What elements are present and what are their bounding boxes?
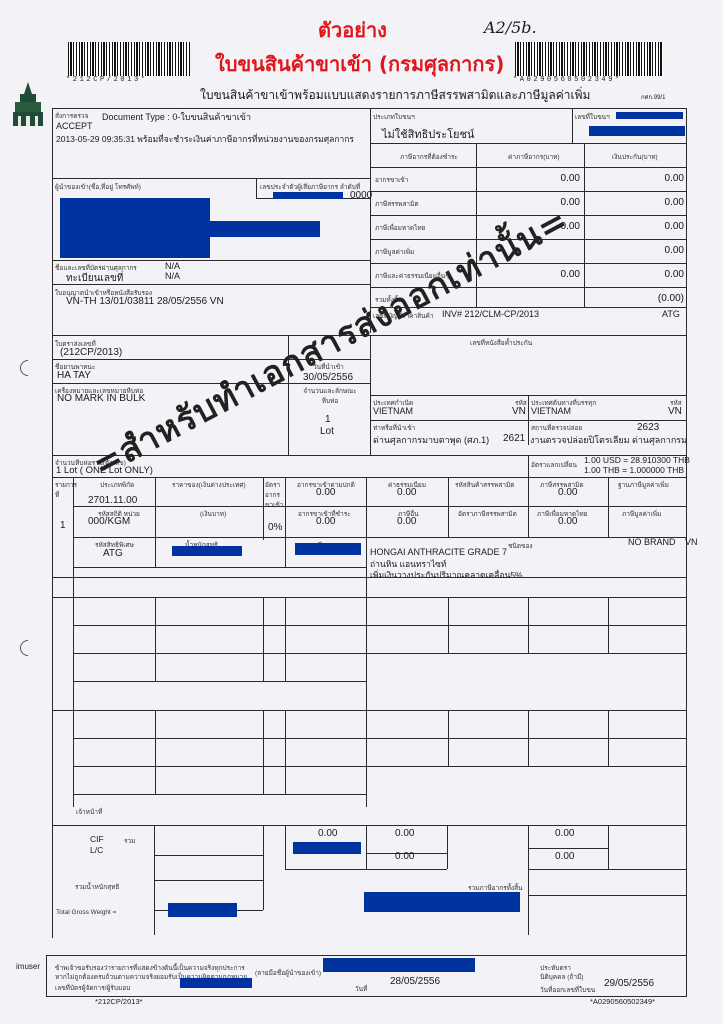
importer-label: ผู้นำของเข้า(ชื่อ,ที่อยู่ โทรศัพท์) (55, 182, 141, 192)
form-rule-line (52, 577, 686, 578)
brand-value: NO BRAND (628, 537, 676, 547)
tax-row-deposit: 0.00 (588, 197, 684, 208)
tax-row-deposit: 0.00 (588, 221, 684, 232)
form-rule-line (154, 855, 263, 856)
form-rule-line (370, 167, 686, 168)
form-rule-line (528, 848, 608, 849)
form-rule-line (73, 477, 74, 807)
officer-label: เจ้าหน้าที่ (76, 807, 102, 817)
registration-value: N/A (165, 271, 180, 281)
redacted-importer-name (60, 198, 210, 258)
form-rule-line (285, 710, 286, 794)
invoice-suffix: ATG (662, 309, 680, 319)
redacted-net-weight (172, 546, 242, 556)
form-rule-line (528, 895, 686, 896)
stat-value: 000/KGM (88, 516, 130, 527)
other-total: 0.00 (395, 851, 414, 862)
duty-total: 0.00 (318, 828, 337, 839)
form-rule-line (528, 597, 529, 653)
form-rule-line (686, 938, 687, 997)
excise-rate-label: อัตราภาษีสรรพสามิต (458, 509, 517, 519)
lc-label: L/C (90, 845, 103, 855)
red-title: ใบขนสินค้าขาเข้า (กรมศุลกากร) (215, 48, 504, 80)
date-value: 28/05/2556 (390, 976, 440, 987)
declaration-type-label: ประเภทใบขนฯ (373, 112, 415, 122)
form-rule-line (263, 825, 264, 910)
form-rule-line (285, 825, 286, 869)
form-rule-line (52, 284, 370, 285)
interior-value: 0.00 (558, 516, 577, 527)
tax-header: ภาษีอากรที่ต้องชำระ (400, 152, 458, 162)
form-rule-line (528, 395, 529, 445)
form-rule-line (285, 477, 286, 540)
signature-label: (ลายมือชื่อผู้นำของเข้า) (255, 968, 321, 978)
net-weight-total-label: รวมน้ำหนักสุทธิ (75, 882, 119, 892)
privilege-value: ATG (103, 548, 123, 559)
branch-suffix: 0000 (350, 190, 372, 201)
bottom-left-code: *212CP/2013* (95, 997, 143, 1006)
form-rule-line (155, 597, 156, 681)
redacted-declaration-number (616, 112, 683, 119)
description-line-1: HONGAI ANTHRACITE GRADE 7 (370, 547, 507, 557)
barcode-right-text: *A0290560502349* (513, 76, 622, 84)
marks-value: NO MARK IN BULK (57, 393, 145, 404)
tariff-value: 2701.11.00 (88, 495, 137, 506)
form-rule-line (73, 537, 686, 538)
form-rule-line (52, 477, 686, 478)
tax-header: ค่าภาษีอากร(บาท) (508, 152, 560, 162)
form-rule-line (370, 191, 686, 192)
tax-row-deposit: 0.00 (588, 269, 684, 280)
form-rule-line (528, 825, 529, 935)
form-rule-line (52, 597, 686, 598)
garuda-emblem-icon (10, 80, 46, 130)
redacted-tax-id (273, 192, 343, 199)
license-value: VN-TH 13/01/03811 28/05/2556 VN (66, 296, 224, 307)
redacted-importer-address (210, 221, 320, 237)
form-rule-line (572, 108, 573, 143)
cif-label: CIF (90, 834, 104, 844)
form-title: ใบขนสินค้าขาเข้าพร้อมแบบแสดงรายการภาษีสร… (200, 86, 590, 105)
tax-row-deposit: (0.00) (588, 293, 684, 304)
issue-date-value: 29/05/2556 (604, 978, 654, 989)
form-rule-line (584, 143, 585, 307)
port-value: ด่านศุลกากรมาบตาพุด (ศภ.1) (373, 433, 489, 447)
form-rule-line (263, 477, 264, 540)
form-code: กศก.99/1 (641, 92, 665, 102)
tax-row-label: ภาษีมูลค่าเพิ่ม (375, 247, 414, 257)
tax-row-label: ภาษีเพื่อมหาดไทย (375, 223, 425, 233)
status-timestamp: 2013-05-29 09:35:31 พร้อมที่จะชำระเงินค่… (56, 132, 354, 146)
item-no-label: รายการที่ (55, 480, 69, 500)
form-rule-line (608, 597, 609, 653)
redacted-signature (323, 958, 475, 972)
redacted-quantity (295, 543, 361, 555)
packages-unit: Lot (320, 426, 334, 437)
form-rule-line (366, 738, 686, 739)
form-rule-line (370, 143, 686, 144)
form-rule-line (73, 506, 686, 507)
duty-normal-value: 0.00 (316, 487, 335, 498)
form-rule-line (73, 681, 366, 682)
form-rule-line (73, 567, 366, 568)
form-rule-line (528, 455, 529, 477)
redacted-declaration-number (589, 126, 685, 136)
packages-qty: 1 (325, 414, 331, 425)
packages-label: จำนวนและลักษณะหีบห่อ (300, 386, 360, 406)
tax-row-label: อากรขาเข้า (375, 175, 408, 185)
form-rule-line (52, 108, 53, 938)
form-rule-line (155, 537, 156, 567)
port-label: ท่าหรือที่นำเข้า (373, 423, 415, 433)
price-baht-label: (เงินบาท) (200, 509, 226, 519)
form-rule-line (608, 710, 609, 766)
item-no-value: 1 (60, 520, 66, 531)
user-name: imuser (16, 962, 40, 971)
agent-id-label: เลขที่บัตรผู้จัดการ/ผู้รับมอบ (55, 983, 130, 993)
bill-value: (212CP/2013) (60, 347, 122, 358)
form-rule-line (528, 710, 529, 766)
broker-value: N/A (165, 261, 180, 271)
price-label: ราคาของ(เงินต่างประเทศ) (172, 480, 246, 490)
description-line-3: เพิ่มเงินวางประกันปริมาณคลาดเคลื่อน5% (370, 568, 523, 582)
invoice-value: INV# 212/CLM-CP/2013 (442, 309, 539, 319)
form-rule-line (448, 710, 449, 766)
other-tax-value: 0.00 (397, 516, 416, 527)
vat-label: ภาษีมูลค่าเพิ่ม (622, 509, 661, 519)
form-rule-line (366, 825, 367, 869)
form-rule-line (52, 260, 370, 261)
form-rule-line (366, 653, 686, 654)
exchange-rate-thb: 1.00 THB = 1.000000 THB (584, 465, 684, 475)
form-rule-line (263, 597, 264, 681)
bottom-right-code: *A0290560502349* (590, 997, 655, 1006)
form-rule-line (447, 825, 448, 869)
tax-id-label: เลขประจำตัวผู้เสียภาษีอากร ลำดับที่ (260, 182, 360, 192)
tax-row-amount: 0.00 (480, 173, 580, 184)
excise-value: 0.00 (558, 487, 577, 498)
tax-row-label: ภาษีสรรพสามิต (375, 199, 419, 209)
port-code: 2621 (503, 433, 525, 444)
consign-code: VN (668, 406, 682, 417)
form-rule-line (686, 108, 687, 938)
tax-header: เงินประกัน(บาท) (612, 152, 658, 162)
date-label: วันที่ (355, 984, 367, 994)
brand-code: VN (685, 537, 698, 547)
form-rule-line (608, 825, 609, 869)
status-value: ACCEPT (56, 121, 93, 131)
status-label: สั่งการตรวจ (55, 111, 88, 121)
redacted-agent-id (180, 978, 252, 988)
punch-hole-mark (17, 357, 40, 380)
form-rule-line (52, 178, 370, 179)
form-rule-line (366, 625, 686, 626)
vessel-value: HA TAY (57, 370, 91, 381)
duty-pay-value: 0.00 (316, 516, 335, 527)
form-rule-line (448, 477, 449, 537)
form-rule-line (366, 766, 686, 767)
exchange-rate-usd: 1.00 USD = 28.910300 THB (584, 455, 690, 465)
form-rule-line (73, 625, 366, 626)
form-rule-line (46, 955, 47, 997)
punch-hole-mark (17, 637, 40, 660)
guarantee-label: เลขที่หนังสือค้ำประกัน (470, 338, 532, 348)
juristic-label: นิติบุคคล (ถ้ามี) (540, 972, 583, 982)
form-rule-line (52, 710, 686, 711)
form-rule-line (366, 477, 367, 807)
declaration-number-label: เลขที่ใบขนฯ (575, 112, 610, 122)
form-rule-line (46, 955, 686, 956)
sample-stamp: ตัวอย่าง (318, 14, 387, 46)
form-rule-line (285, 537, 286, 567)
form-rule-line (528, 869, 686, 870)
form-rule-line (256, 178, 257, 198)
barcode-left (68, 42, 190, 76)
form-rule-line (73, 738, 366, 739)
issue-date-label: วันที่ออกเลขที่ใบขน (540, 985, 595, 995)
form-rule-line (285, 869, 447, 870)
form-rule-line (155, 710, 156, 794)
inspect-code: 2623 (637, 422, 659, 433)
rate-label: อัตราอากรขาเข้า (265, 480, 285, 510)
inspect-value: งานตรวจปล่อยปิโตรเลียม ด่านศุลกากรม (530, 433, 687, 447)
form-rule-line (73, 766, 366, 767)
excise-code-label: รหัสสินค้าสรรพสามิต (455, 480, 515, 490)
form-rule-line (608, 477, 609, 537)
form-rule-line (154, 880, 263, 881)
declaration-type-value: ไม่ใช้สิทธิประโยชน์ (382, 125, 474, 143)
rate-value: 0% (268, 522, 282, 533)
redacted-grand-total (364, 892, 520, 912)
origin-code: VN (512, 406, 526, 417)
form-rule-line (73, 794, 366, 795)
handwritten-note: A2/5b. (484, 18, 537, 37)
form-rule-line (528, 477, 529, 537)
form-rule-line (285, 597, 286, 681)
fee-value: 0.00 (397, 487, 416, 498)
barcode-right (515, 42, 663, 76)
form-rule-line (52, 825, 686, 826)
redacted-total-value (293, 842, 361, 854)
vat-base-label: ฐานภาษีมูลค่าเพิ่ม (618, 480, 669, 490)
tax-row-deposit: 0.00 (588, 245, 684, 256)
form-rule-line (263, 710, 264, 794)
form-rule-line (448, 597, 449, 653)
consign-value: VIETNAM (531, 406, 571, 416)
barcode-left-text: *212CP/2013* (66, 76, 148, 84)
excise-total: 0.00 (555, 828, 574, 839)
form-rule-line (155, 477, 156, 540)
redacted-gross-weight (168, 903, 237, 917)
gross-weight-label: Total Gross Weight = (56, 909, 116, 916)
origin-value: VIETNAM (373, 406, 413, 416)
inspect-label: สถานที่ตรวจปล่อย (531, 423, 582, 433)
tax-row-deposit: 0.00 (588, 173, 684, 184)
fee-total: 0.00 (395, 828, 414, 839)
cif-total-label: รวม (124, 836, 135, 846)
document-type: Document Type : 0-ใบขนสินค้าขาเข้า (102, 110, 251, 124)
exchange-label: อัตราแลกเปลี่ยน (531, 460, 577, 470)
interior-total: 0.00 (555, 851, 574, 862)
kind-label: ชนิดของ (508, 541, 533, 551)
form-rule-line (73, 653, 366, 654)
